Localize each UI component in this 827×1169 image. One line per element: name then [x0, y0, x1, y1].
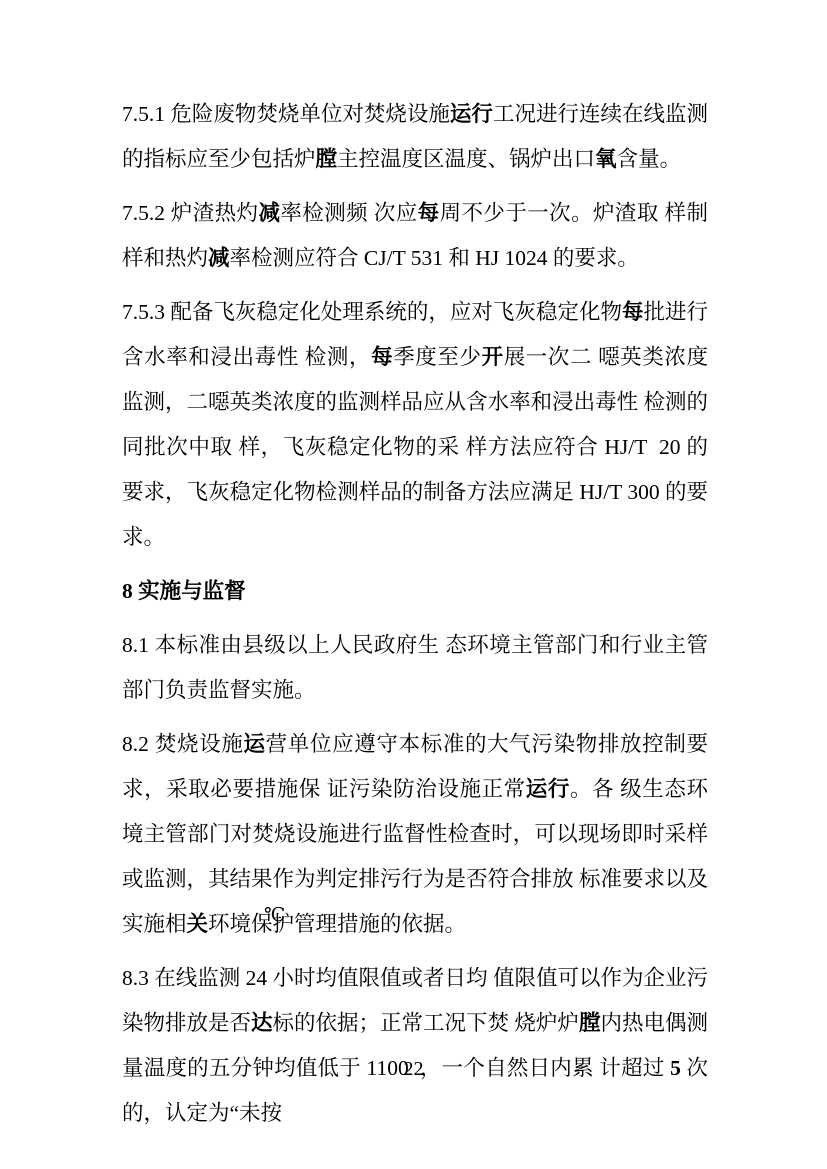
document-body: 7.5.1 危险废物焚烧单位对焚烧设施运行工况进行连续在线监测的指标应至少包括炉…: [122, 92, 708, 1145]
text-run: 7.5.1 危险废物焚烧单位对焚烧设施: [122, 102, 450, 126]
text-run: 率检测应符合 CJ/T 531 和 HJ 1024 的要求。: [230, 246, 639, 270]
text-run: 膛: [316, 147, 338, 171]
text-run: 含量。: [617, 147, 682, 171]
text-run: 减: [258, 201, 280, 225]
text-run: 膛: [579, 1011, 601, 1035]
text-run: 每: [622, 300, 644, 324]
text-run: 8.2 焚烧设施: [122, 732, 244, 756]
text-run: 展一次二 噁英类浓度监测，二噁英类浓度的监测样品应从含水率和浸出毒性 检测的同批…: [122, 345, 708, 549]
text-run: 氧: [595, 147, 617, 171]
text-run: 环境保护管理措施的依据。: [208, 912, 466, 936]
document-page: 7.5.1 危险废物焚烧单位对焚烧设施运行工况进行连续在线监测的指标应至少包括炉…: [0, 0, 827, 1169]
paragraph-8-1: 8.1 本标准由县级以上人民政府生 态环境主管部门和行业主管部门负责监督实施。: [122, 623, 708, 713]
text-run: 关: [187, 912, 209, 936]
text-run: 运行: [450, 102, 493, 126]
text-run: 达: [251, 1011, 273, 1035]
page-number: 22: [0, 1057, 827, 1081]
paragraph-7-5-3: 7.5.3 配备飞灰稳定化处理系统的，应对飞灰稳定化物每批进行含水率和浸出毒性 …: [122, 290, 708, 560]
text-run: 8.1 本标准由县级以上人民政府生 态环境主管部门和行业主管部门负责监督实施。: [122, 633, 708, 702]
paragraph-8-2: 8.2 焚烧设施运营单位应遵守本标准的大气污染物排放控制要求，采取必要措施保 证…: [122, 722, 708, 947]
degree-celsius-symbol: ℃: [264, 906, 285, 925]
paragraph-7-5-2: 7.5.2 炉渣热灼减率检测频 次应每周不少于一次。炉渣取 样制样和热灼减率检测…: [122, 191, 708, 281]
text-run: 7.5.3 配备飞灰稳定化处理系统的，应对飞灰稳定化物: [122, 300, 622, 324]
text-run: 减: [208, 246, 230, 270]
text-run: 每: [371, 345, 393, 369]
text-run: 7.5.2 炉渣热灼: [122, 201, 258, 225]
text-run: 季度至少: [393, 345, 481, 369]
paragraph-section-8-heading: 8 实施与监督: [122, 569, 708, 614]
text-run: 每: [418, 201, 440, 225]
text-run: 主控温度区温度、锅炉出口: [337, 147, 595, 171]
text-run: 率检测频 次应: [280, 201, 417, 225]
paragraph-7-5-1: 7.5.1 危险废物焚烧单位对焚烧设施运行工况进行连续在线监测的指标应至少包括炉…: [122, 92, 708, 182]
text-run: 运: [244, 732, 266, 756]
text-run: 运行: [526, 777, 570, 801]
text-run: 开: [482, 345, 504, 369]
paragraph-8-3: 8.3 在线监测 24 小时均值限值或者日均 值限值可以作为企业污染物排放是否达…: [122, 956, 708, 1136]
text-run: 8 实施与监督: [122, 579, 246, 603]
text-run: 标的依据；正常工况下焚 烧炉炉: [273, 1011, 579, 1035]
